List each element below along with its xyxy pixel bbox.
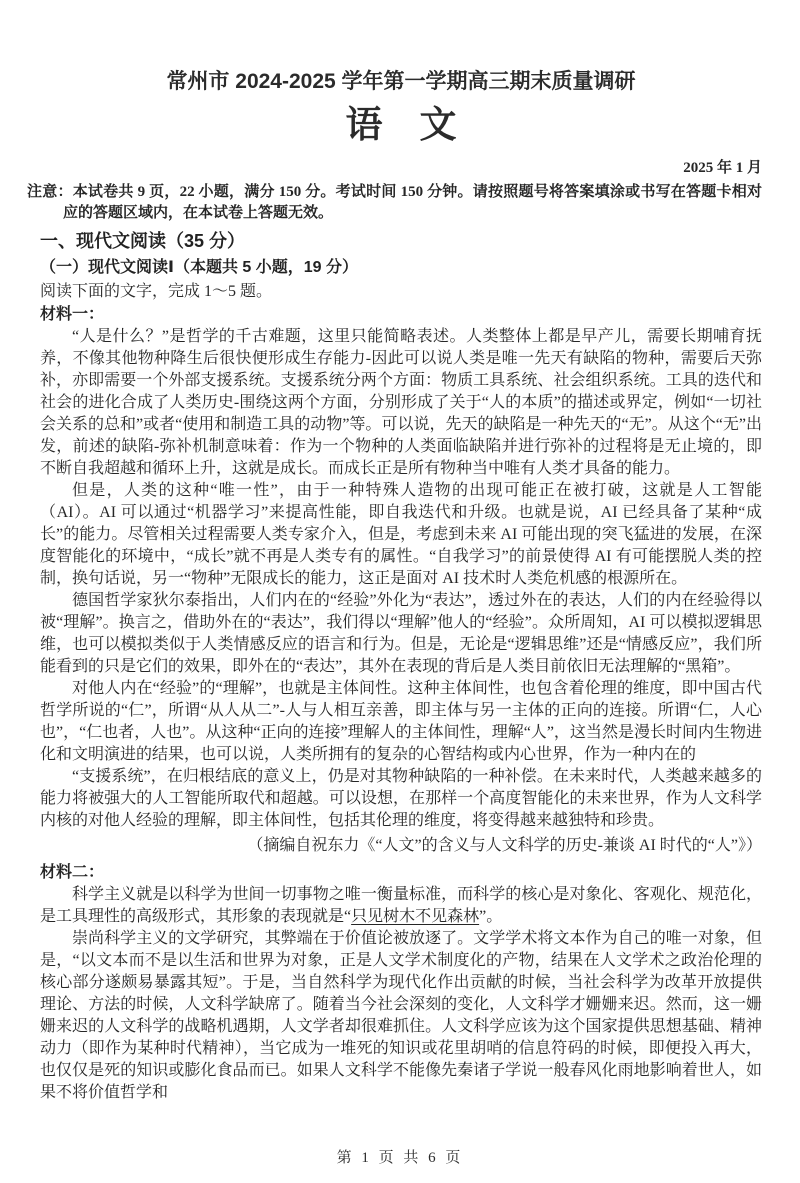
notice-label: 注意： [27, 184, 73, 200]
material1-paragraph-5: “支援系统”，在归根结底的意义上，仍是对其物种缺陷的一种补偿。在未来时代，人类越… [40, 766, 762, 832]
paper-title: 常州市 2024-2025 学年第一学期高三期末质量调研 [40, 68, 762, 95]
paper-body: 一、现代文阅读（35 分） （一）现代文阅读Ⅰ（本题共 5 小题，19 分） 阅… [40, 229, 762, 1104]
material1-label: 材料一： [40, 303, 762, 326]
material2-paragraph-2: 崇尚科学主义的文学研究，其弊端在于价值论被放逐了。文学学术将文本作为自己的唯一对… [40, 928, 762, 1104]
material1-citation: （摘编自祝东力《“人文”的含义与人文科学的历史-兼谈 AI 时代的“人”》） [40, 835, 762, 857]
material2-label: 材料二： [40, 861, 762, 884]
material1-paragraph-1: “人是什么？”是哲学的千古难题，这里只能简略表述。人类整体上都是早产儿，需要长期… [40, 326, 762, 480]
notice-text: 本试卷共 9 页，22 小题，满分 150 分。考试时间 150 分钟。请按照题… [63, 184, 762, 221]
paper-header: 常州市 2024-2025 学年第一学期高三期末质量调研 语 文 2025 年 … [40, 68, 762, 224]
underlined-phrase: 只见树木不见森林 [351, 908, 479, 925]
exam-date: 2025 年 1 月 [40, 158, 762, 178]
subsection-heading: （一）现代文阅读Ⅰ（本题共 5 小题，19 分） [40, 256, 762, 280]
section-heading: 一、现代文阅读（35 分） [40, 229, 762, 254]
exam-paper-page: 常州市 2024-2025 学年第一学期高三期末质量调研 语 文 2025 年 … [0, 0, 800, 1183]
material1-paragraph-3: 德国哲学家狄尔泰指出，人们内在的“经验”外化为“表达”，透过外在的表达，人们的内… [40, 590, 762, 678]
material2-paragraph-1: 科学主义就是以科学为世间一切事物之唯一衡量标准，而科学的核心是对象化、客观化、规… [40, 884, 762, 928]
reading-instruction: 阅读下面的文字，完成 1～5 题。 [40, 280, 762, 303]
material1-paragraph-4: 对他人内在“经验”的“理解”，也就是主体间性。这种主体间性，也包含着伦理的维度，… [40, 678, 762, 766]
subject-title: 语 文 [40, 104, 762, 146]
page-number: 第 1 页 共 6 页 [0, 1146, 800, 1167]
material1-paragraph-2: 但是，人类的这种“唯一性”，由于一种特殊人造物的出现可能正在被打破，这就是人工智… [40, 480, 762, 590]
exam-notice: 注意：本试卷共 9 页，22 小题，满分 150 分。考试时间 150 分钟。请… [27, 182, 762, 224]
material2-paragraph-1-end: ”。 [479, 908, 502, 925]
